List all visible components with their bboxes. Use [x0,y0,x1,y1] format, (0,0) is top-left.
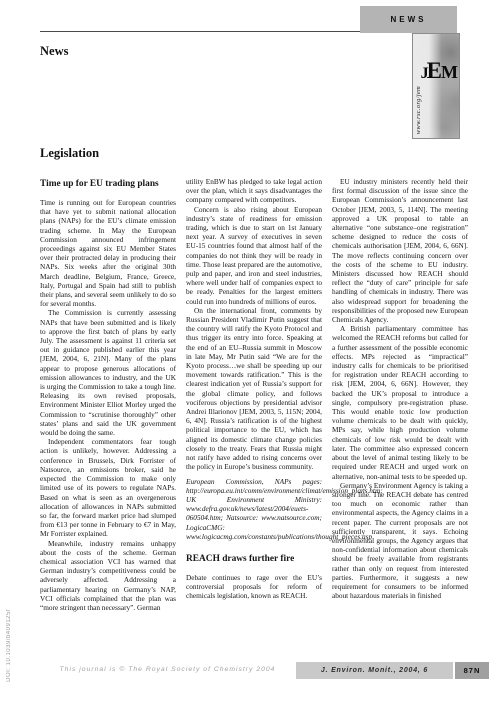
journal-citation: J. Environ. Monit., 2004, 6 [321,667,428,674]
jem-logo: J E M www.rsc.org/jem [412,33,460,139]
paragraph: EU industry ministers recently held thei… [332,177,468,324]
paragraph: Concern is also rising about European in… [186,205,322,306]
paragraph: utility EnBW has pledged to take legal a… [186,177,322,205]
column-2: utility EnBW has pledged to take legal a… [186,177,322,661]
journal-url-label: www.rsc.org/jem [415,86,422,134]
article-title-trading: Time up for EU trading plans [40,179,176,190]
journal-citation-box: J. Environ. Monit., 2004, 6 [296,662,453,679]
page-number-box: 87N [455,662,489,679]
column-1: Time up for EU trading plans Time is run… [40,177,176,661]
paragraph: On the international front, comments by … [186,306,322,472]
jem-letter-e: E [427,58,442,84]
paragraph: Meanwhile, industry remains unhappy abou… [40,539,176,613]
jem-letter-m: M [441,62,458,83]
paragraph: Independent commentators fear tough acti… [40,437,176,538]
paragraph: Debate continues to rage over the EU’s c… [186,573,322,601]
section-heading: Legislation [40,146,99,161]
article-columns: Time up for EU trading plans Time is run… [40,177,468,661]
paragraph: A British parliamentary committee has we… [332,324,468,480]
paragraph: Germany’s Environment Agency is taking a… [332,481,468,601]
references: European Commission, NAPs pages: http://… [186,477,322,541]
news-tab: NEWS [360,6,457,33]
copyright-line: This journal is © The Royal Society of C… [45,666,290,673]
paragraph: The Commission is currently assessing NA… [40,308,176,437]
jem-logo-text: J E M [421,58,458,84]
page-number: 87N [464,666,481,675]
news-tab-label: NEWS [391,15,427,24]
header-rule [40,31,360,32]
doi-label: DOI: 10.1039/b409125f [6,609,12,682]
journal-page: DOI: 10.1039/b409125f NEWS J E M www.rsc… [0,0,500,708]
column-3: EU industry ministers recently held thei… [332,177,468,661]
article-title-reach: REACH draws further fire [186,554,322,565]
paragraph: Time is running out for European countri… [40,198,176,308]
page-title: News [40,44,68,59]
